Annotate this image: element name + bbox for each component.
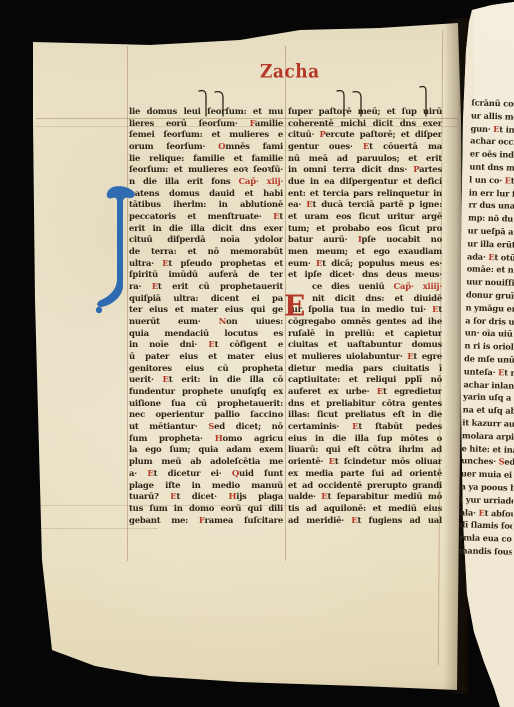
- ink-text: et uram eos ſicut uritur argē: [288, 212, 442, 222]
- ink-text: uid ſunt: [239, 469, 283, 479]
- ink-text: plum meū ab adoleſcētia me: [129, 457, 283, 467]
- text-line: tātibus iherlm: in ablutionē: [129, 200, 283, 212]
- ink-text: mnēs fami: [225, 142, 283, 152]
- ink-text: ed: [504, 457, 514, 467]
- ink-text: t egredietur: [383, 387, 442, 397]
- ink-text: batur aurū·: [288, 235, 358, 245]
- text-line: ū pater eius et mater eius: [129, 352, 283, 364]
- page-edge-shade: [0, 0, 60, 707]
- ink-text: on uiues:: [226, 317, 283, 327]
- ink-text: ſuper paſtorē meū; et ſup uirū: [288, 107, 442, 117]
- ink-text: tus ſum in domo eorū qui dili: [129, 504, 283, 514]
- ink-text: artes: [419, 165, 442, 175]
- ink-text: t dicet·: [177, 492, 229, 502]
- ink-text: orientē·: [288, 457, 329, 467]
- ink-text: ea·: [288, 200, 306, 210]
- text-line: et mulieres uiolabuntur· Et egre: [288, 352, 442, 364]
- text-line: ſeorſum: et mulieres eoꝛ ſeoꝛſū·: [129, 165, 283, 177]
- text-line: nit dicit dns: et diuidē: [288, 294, 442, 306]
- red-rubric: Cap̃· xiij·: [238, 177, 283, 187]
- ink-text: t cōuertā ma: [369, 142, 442, 152]
- ink-text: t: [279, 212, 283, 222]
- ink-text: men meum; et ego exaudiam: [288, 247, 442, 257]
- ink-text: ū pater eius et mater eius: [129, 352, 283, 362]
- ink-text: n ymāgu err: [465, 302, 514, 314]
- ink-text: due in ea diſpergentur et defici: [288, 177, 442, 187]
- text-line: fundentur prophete unuſqſq ex: [129, 387, 283, 399]
- text-line: nuerūt eum· Non uiues:: [129, 317, 283, 329]
- ink-text: t ſtabūt pedes: [358, 422, 442, 432]
- text-line: dns et preliabitur cōtra gentes: [288, 399, 442, 411]
- text-line: it kazurr au: [462, 416, 514, 430]
- text-line: lie domus leui ſeorſum: et mu: [129, 107, 283, 119]
- text-line: gebant me: Framea ſuſcitare: [129, 516, 283, 528]
- text-line: ſpiritū imūdū auferā de ter: [129, 270, 283, 282]
- text-line: ur illa erūt: [467, 237, 514, 251]
- text-line: tum; et probabo eos ſicut pro: [288, 224, 442, 236]
- text-column-right: ſuper paſtorē meū; et ſup uirūcoherentē …: [288, 107, 442, 535]
- ink-text: t r: [504, 367, 514, 377]
- text-line: ter eius et mater eius qui ge: [129, 305, 283, 317]
- red-rubric: Cap̃· xiiij·: [393, 282, 442, 292]
- ink-text: t erit: in die illa cō: [169, 375, 283, 385]
- illuminated-initial-i: [92, 183, 138, 317]
- text-line: ra· Et erit cū prophetauerit: [129, 282, 283, 294]
- text-line: mandis ſous: [459, 544, 512, 558]
- ink-text: ur ueſpā a: [468, 225, 514, 236]
- text-line: cōgregabo omnēs gentes ad ihe: [288, 317, 442, 329]
- text-line: tis ad aquilonē: et mediū eius: [288, 504, 442, 516]
- text-line: ur ueſpā a: [468, 224, 514, 238]
- text-line: ſcrānū cos: [471, 96, 514, 110]
- ink-text: cōgregabo omnēs gentes ad ihe: [288, 317, 442, 327]
- ink-text: e hite: et ina: [462, 443, 514, 455]
- ink-text: unteſa·: [464, 366, 499, 377]
- ink-text: t otū: [494, 252, 514, 263]
- text-column-left: lie domus leui ſeorſum: et mulieres eorū…: [129, 107, 283, 535]
- text-line: in omni terra dicit dns· Partes: [288, 165, 442, 177]
- text-line: de mſe unū: [464, 352, 514, 366]
- ink-text: plage iſte in medio manuū: [129, 481, 283, 491]
- ink-text: ercute paſtorē; et diſper: [325, 130, 442, 140]
- ink-text: nec operientur pallio ſaccino: [129, 410, 283, 420]
- ink-text: de terra: et nō memorabūt: [129, 247, 283, 257]
- text-line: tuarū? Et dicet· Hijs plaga: [129, 492, 283, 504]
- red-rubric: Q: [232, 469, 239, 479]
- ink-text: ex media parte ſui ad orientē: [288, 469, 442, 479]
- ink-text: ſeorſum: et mulieres eoꝛ ſeoꝛſū·: [129, 165, 283, 175]
- text-line: patens domus dauid et habi: [129, 189, 283, 201]
- ink-text: coherentē michi dicit dns exer: [288, 119, 442, 129]
- text-line: plage iſte in medio manuū: [129, 481, 283, 493]
- ink-text: orum ſeorſum·: [129, 142, 218, 152]
- ink-text: lie domus leui ſeorſum: et mu: [129, 107, 283, 117]
- text-line: ce dies ueniū Cap̃· xiiij·: [288, 282, 442, 294]
- text-line: quia mendaciū locutus es: [129, 329, 283, 341]
- ink-text: peccatoris et menſtruate·: [129, 212, 273, 222]
- ink-text: uur nouiſſi: [466, 276, 514, 287]
- ink-text: patens domus dauid et habi: [129, 189, 283, 199]
- text-line: certaminis· Et ſtabūt pedes: [288, 422, 442, 434]
- text-line: ultra· Et pſeudo prophetas et: [129, 259, 283, 271]
- text-line: liuarū: qui eſt cōtra ihrlm ad: [288, 445, 442, 457]
- text-line: quiſpiā ultra: dicent ei pa: [129, 294, 283, 306]
- ink-text: genitores eius cū propheta: [129, 364, 283, 374]
- ink-text: ruſalē in preliū: et capietur: [288, 329, 442, 339]
- ink-text: et ad occidentē prerupto grandi: [288, 481, 442, 491]
- ink-text: ſcrānū cos: [471, 97, 514, 108]
- text-line: lie relique: familie et familie: [129, 154, 283, 166]
- ink-text: a ya poous br: [460, 481, 514, 493]
- ink-text: certaminis·: [288, 422, 352, 432]
- ink-text: amilie: [255, 119, 283, 129]
- ink-text: ut mētiantur·: [129, 422, 208, 432]
- ink-text: liuarū: qui eſt cōtra ihrlm ad: [288, 445, 442, 455]
- ink-text: dns et preliabitur cōtra gentes: [288, 399, 442, 409]
- text-line: ſemei ſeorſum: et mulieres e: [129, 130, 283, 142]
- ink-text: t dicā; populus meus es·: [322, 259, 442, 269]
- text-line: ent: et tercia pars relinquetur in: [288, 189, 442, 201]
- text-line: et ad occidentē prerupto grandi: [288, 481, 442, 493]
- ink-text: ce dies ueniū: [312, 282, 393, 292]
- text-line: captiuitate: et reliqui pplī nō: [288, 375, 442, 387]
- ink-text: ſemei ſeorſum: et mulieres e: [129, 130, 283, 140]
- ink-text: et ipſe dicet· dns deus meus·: [288, 270, 442, 280]
- ink-text: quiſpiā ultra: dicent ei pa: [129, 294, 283, 304]
- ink-text: in omni terra dicit dns·: [288, 165, 413, 175]
- ink-text: t: [438, 305, 442, 315]
- text-line: unteſa· Et r: [464, 365, 514, 379]
- ink-text: t cōfigent e: [215, 340, 283, 350]
- text-line: tur ſpolia tua in medio tui· Et: [288, 305, 442, 317]
- text-line: coherentē michi dicit dns exer: [288, 119, 442, 131]
- ink-text: cituū·: [288, 130, 319, 140]
- ink-text: achar inlan: [463, 379, 514, 390]
- ink-text: auferet ex urbe·: [288, 387, 377, 397]
- ink-text: ed dicet; nō: [214, 422, 283, 432]
- left-page: Zacha lie domus leui ſeorſum: et muliere…: [0, 0, 514, 707]
- ink-text: uiſione ſua cū prophetauerit:: [129, 399, 283, 409]
- text-line: i yur urriadet: [460, 493, 513, 507]
- text-line: dietur media pars ciuitatis ī: [288, 364, 442, 376]
- red-rubric: N: [219, 317, 227, 327]
- text-line: ruſalē in preliū: et capietur: [288, 329, 442, 341]
- ink-text: ur allis mo: [471, 110, 514, 121]
- text-line: a· Et dicetur ei· Quid ſunt: [129, 469, 283, 481]
- ink-text: unches·: [461, 456, 499, 467]
- text-line: ad meridiē· Et fugiens ad ual: [288, 516, 442, 528]
- text-line: cituū diſperdā noīa ydolor: [129, 235, 283, 247]
- ink-text: ada·: [467, 251, 489, 262]
- manuscript-photo: Zacha lie domus leui ſeorſum: et muliere…: [0, 0, 514, 707]
- ink-text: un· oīa uiū: [465, 328, 513, 339]
- text-line: ualde· Et ſeparabitur mediū mō: [288, 492, 442, 504]
- ink-text: molara arpi: [462, 430, 514, 441]
- text-line: la ego ſum; quia adam exem: [129, 445, 283, 457]
- page-edge-shade: [0, 667, 514, 707]
- text-line: due in ea diſpergentur et defici: [288, 177, 442, 189]
- text-line: batur aurū· Ipſe uocabit no: [288, 235, 442, 247]
- text-line: uiſione ſua cū prophetauerit:: [129, 399, 283, 411]
- ink-text: tum; et probabo eos ſicut pro: [288, 224, 442, 234]
- text-line: n ymāgu err: [465, 301, 514, 315]
- ink-text: ſpiritū imūdū auferā de ter: [129, 270, 283, 280]
- ink-text: eum·: [288, 259, 316, 269]
- text-line: peccatoris et menſtruate· Et: [129, 212, 283, 224]
- text-line: ut mētiantur· Sed dicet; nō: [129, 422, 283, 434]
- ink-text: tātibus iherlm: in ablutionē: [129, 200, 283, 210]
- ink-text: pſe uocabit no: [362, 235, 442, 245]
- text-line: in noīe dni· Et cōfigent e: [129, 340, 283, 352]
- ink-text: tis ad aquilonē: et mediū eius: [288, 504, 442, 514]
- ink-text: in err lur ſed: [469, 187, 514, 199]
- ink-text: eius in die illa ſup mōtes o: [288, 434, 442, 444]
- text-line: ciuitas et uaſtabuntur domus: [288, 340, 442, 352]
- ink-text: i yur urriadet: [460, 494, 514, 506]
- text-line: nū meā ad paruulos; et erit: [288, 154, 442, 166]
- ink-text: in noīe dni·: [129, 340, 208, 350]
- ink-text: omāe: et n: [467, 264, 514, 275]
- text-line: de terra: et nō memorabūt: [129, 247, 283, 259]
- ink-text: na et uſq ab: [463, 404, 514, 415]
- ink-text: cituū diſperdā noīa ydolor: [129, 235, 283, 245]
- ink-text: ſum propheta·: [129, 434, 215, 444]
- ink-text: gun·: [470, 123, 493, 134]
- ink-text: fundentur prophete unuſqſq ex: [129, 387, 283, 397]
- ink-text: mp: nō du: [468, 213, 513, 224]
- ink-text: ijs plaga: [236, 492, 283, 502]
- text-line: genitores eius cū propheta: [129, 364, 283, 376]
- ink-text: unt dns mr: [469, 161, 514, 172]
- ink-text: ter eius et mater eius qui ge: [129, 305, 283, 315]
- text-line: eius in die illa ſup mōtes o: [288, 434, 442, 446]
- lombardic-initial-e: E: [284, 290, 310, 324]
- text-line: donur gruīr: [466, 288, 514, 302]
- ink-text: a·: [129, 469, 147, 479]
- ink-text: t erit cū prophetauerit: [158, 282, 283, 292]
- text-line: nec operientur pallio ſaccino: [129, 410, 283, 422]
- ink-text: it kazurr au: [462, 417, 514, 428]
- ink-text: la ego ſum; quia adam exem: [129, 445, 283, 455]
- ink-text: t pſeudo prophetas et: [168, 259, 283, 269]
- ink-text: et mulieres uiolabuntur·: [288, 352, 407, 362]
- ink-text: ciuitas et uaſtabuntur domus: [288, 340, 442, 350]
- text-line: illas: ſicut preliatus eſt in die: [288, 410, 442, 422]
- ink-text: t fugiens ad ual: [358, 516, 442, 526]
- text-line: ex media parte ſui ad orientē: [288, 469, 442, 481]
- ink-text: rmla eua co: [459, 532, 512, 543]
- text-line: gentur oues· Et cōuertā ma: [288, 142, 442, 154]
- ink-text: lieres eorū ſeorſum·: [129, 119, 250, 129]
- ink-text: n ri is oriol: [464, 340, 513, 351]
- text-line: ſum propheta· Homo agricu: [129, 434, 283, 446]
- text-line: cituū· Percute paſtorē; et diſper: [288, 130, 442, 142]
- text-line: erit in die illa dicit dns exer: [129, 224, 283, 236]
- ink-text: de mſe unū: [464, 353, 514, 364]
- ink-text: donur gruīr: [466, 289, 514, 300]
- text-line: auferet ex urbe· Et egredietur: [288, 387, 442, 399]
- text-line: n die illa erit fons Cap̃· xiij·: [129, 177, 283, 189]
- text-line: orientē· Et ſcindetur mōs oliuar: [288, 457, 442, 469]
- ink-text: t abſou·: [485, 507, 514, 518]
- page-edge-highlight: [0, 0, 514, 60]
- ink-text: ramea ſuſcitare: [205, 516, 283, 526]
- running-title: Zacha: [260, 61, 320, 83]
- ink-text: quia mendaciū locutus es: [129, 329, 283, 339]
- ink-text: omo agricu: [222, 434, 283, 444]
- ink-text: erit in die illa dicit dns exer: [129, 224, 283, 234]
- ink-text: lie relique: familie et familie: [129, 154, 283, 164]
- text-line: l un co· Et e: [469, 173, 514, 187]
- text-line: et uram eos ſicut uritur argē: [288, 212, 442, 224]
- ink-text: t dicetur ei·: [154, 469, 232, 479]
- ink-text: captiuitate: et reliqui pplī nō: [288, 375, 442, 385]
- ink-text: nū meā ad paruulos; et erit: [288, 154, 442, 164]
- ink-text: yarin uſq a: [463, 392, 511, 403]
- ink-text: uer muia ei: [461, 468, 512, 479]
- ink-text: rr dus una: [468, 200, 514, 211]
- text-line: ſuper paſtorē meū; et ſup uirū: [288, 107, 442, 119]
- text-line: plum meū ab adoleſcētia me: [129, 457, 283, 469]
- ink-text: er oēs inda·: [470, 149, 514, 160]
- ink-text: nit dicit dns: et diuidē: [312, 294, 442, 304]
- text-line: uerit· Et erit: in die illa cō: [129, 375, 283, 387]
- ink-text: uerit·: [129, 375, 163, 385]
- ink-text: ent: et tercia pars relinquetur in: [288, 189, 442, 199]
- ink-text: dī ſlamis ſoo: [459, 520, 514, 532]
- ink-text: ad meridiē·: [288, 516, 351, 526]
- text-line: et ipſe dicet· dns deus meus·: [288, 270, 442, 282]
- ink-text: t ſeparabitur mediū mō: [328, 492, 442, 502]
- ink-text: gentur oues·: [288, 142, 363, 152]
- ink-text: ala·: [460, 507, 479, 518]
- ink-text: n die illa erit fons: [129, 177, 238, 187]
- text-line: a ya poous br: [460, 480, 513, 494]
- ink-text: nuerūt eum·: [129, 317, 219, 327]
- ink-text: gebant me:: [129, 516, 199, 526]
- text-line: ea· Et ducā terciā partē p igne:: [288, 200, 442, 212]
- ink-text: t ingu: [499, 124, 514, 135]
- ink-text: ur illa erūt: [467, 238, 514, 249]
- text-line: tus ſum in domo eorū qui dili: [129, 504, 283, 516]
- text-line: men meum; et ego exaudiam: [288, 247, 442, 259]
- ink-text: t ſcindetur mōs oliuar: [335, 457, 442, 467]
- ink-text: t ducā terciā partē p igne:: [312, 200, 442, 210]
- text-line: unt dns mr: [469, 160, 514, 174]
- text-line: eum· Et dicā; populus meus es·: [288, 259, 442, 271]
- ink-text: tuarū?: [129, 492, 170, 502]
- text-line: orum ſeorſum· Omnēs fami: [129, 142, 283, 154]
- text-line: molara arpi: [462, 429, 514, 443]
- ink-text: mandis ſous: [459, 545, 514, 557]
- ink-text: ualde·: [288, 492, 321, 502]
- text-line: lieres eorū ſeorſum· Familie: [129, 119, 283, 131]
- ink-text: l un co·: [469, 174, 505, 185]
- ink-text: achar occidū: [470, 136, 514, 148]
- ink-text: t egre: [413, 352, 442, 362]
- text-line: ur allis mo: [471, 109, 514, 123]
- ink-text: dietur media pars ciuitatis ī: [288, 364, 442, 374]
- ink-text: illas: ſicut preliatus eſt in die: [288, 410, 442, 420]
- ink-text: a ſor dris uig: [465, 315, 514, 327]
